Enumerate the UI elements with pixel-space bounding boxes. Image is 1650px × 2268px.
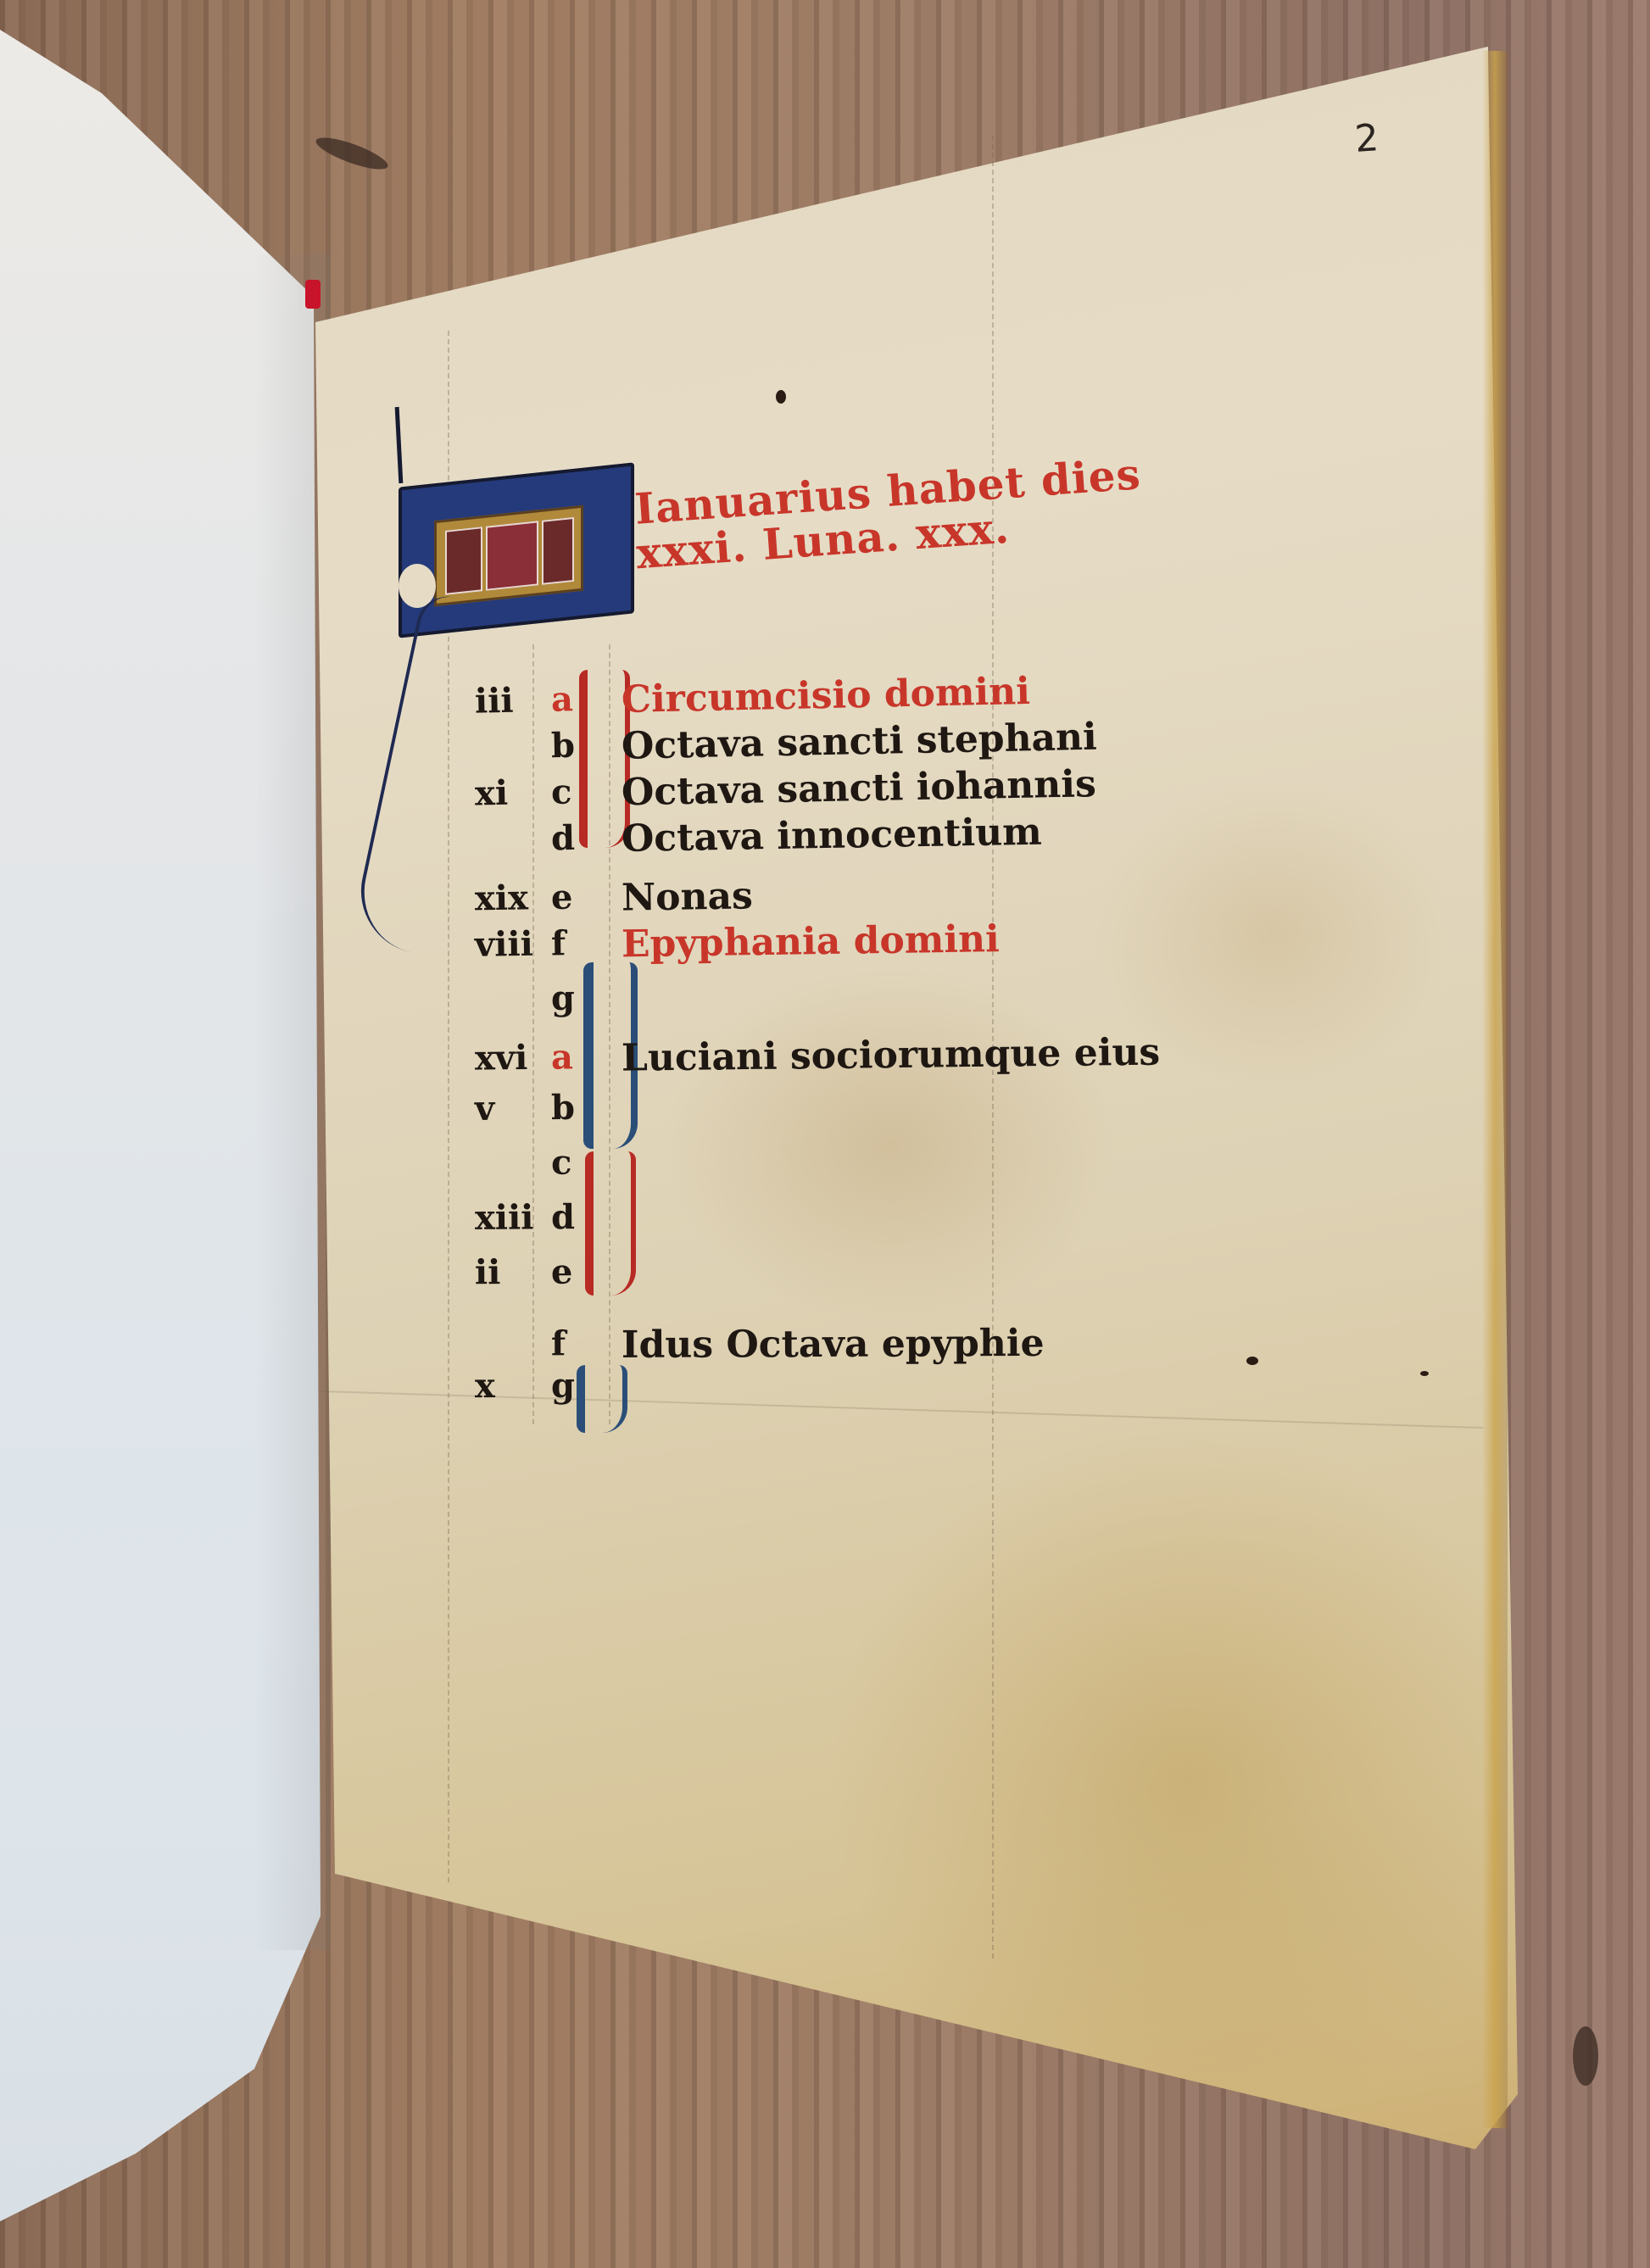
feast-entry: Luciani sociorumque eius	[622, 1031, 1161, 1080]
feast-entry: Octava sancti stephani	[621, 716, 1097, 768]
feast-entry: Nonas	[622, 874, 754, 919]
feast-entry: Octava sancti iohannis	[622, 762, 1097, 814]
dominical-letter: d	[551, 1197, 575, 1237]
initial-panel-cell	[445, 527, 482, 595]
dominical-letter: a	[550, 679, 573, 720]
folio-number: 2	[1353, 116, 1380, 161]
dominical-letter: a	[551, 1037, 573, 1077]
wood-knot	[1573, 2026, 1598, 2086]
golden-number: viii	[475, 924, 533, 965]
feast-entry: Octava innocentium	[622, 811, 1043, 861]
dominical-letter: d	[551, 818, 576, 858]
golden-number: v	[475, 1089, 495, 1128]
calendar-row: iie	[0, 1246, 1650, 1303]
dominical-letter: f	[551, 923, 566, 963]
feast-entry: Circumcisio domini	[621, 670, 1030, 722]
dominical-letter: b	[551, 1088, 575, 1128]
dominical-letter: c	[551, 1143, 572, 1183]
ink-spot	[776, 390, 786, 404]
golden-number: ii	[475, 1252, 501, 1292]
feast-entry: Idus Octava epyphie	[622, 1322, 1045, 1367]
dominical-letter: f	[551, 1323, 566, 1363]
ink-spot	[1420, 1371, 1429, 1376]
feast-entry: Epyphania domini	[622, 917, 1000, 966]
wood-knot	[313, 131, 391, 175]
ink-spot	[1246, 1357, 1258, 1365]
initial-panel-cell	[486, 521, 538, 591]
dominical-letter: c	[551, 772, 572, 811]
dominical-letter: g	[551, 1366, 575, 1406]
golden-number: xvi	[475, 1038, 528, 1078]
dominical-letter: e	[551, 878, 573, 917]
dominical-letter: b	[551, 726, 576, 766]
dominical-letter: g	[551, 978, 576, 1018]
calendar-row: xg	[0, 1362, 1650, 1414]
bookmark-ribbon	[305, 280, 321, 309]
golden-number: x	[475, 1366, 495, 1406]
initial-panel-cell	[542, 517, 574, 585]
golden-number: xix	[475, 878, 529, 918]
golden-number: xiii	[475, 1197, 534, 1237]
dominical-letter: e	[551, 1252, 573, 1292]
initial-gold-panel	[434, 505, 583, 606]
golden-number: iii	[475, 681, 515, 722]
golden-number: xi	[475, 773, 509, 814]
